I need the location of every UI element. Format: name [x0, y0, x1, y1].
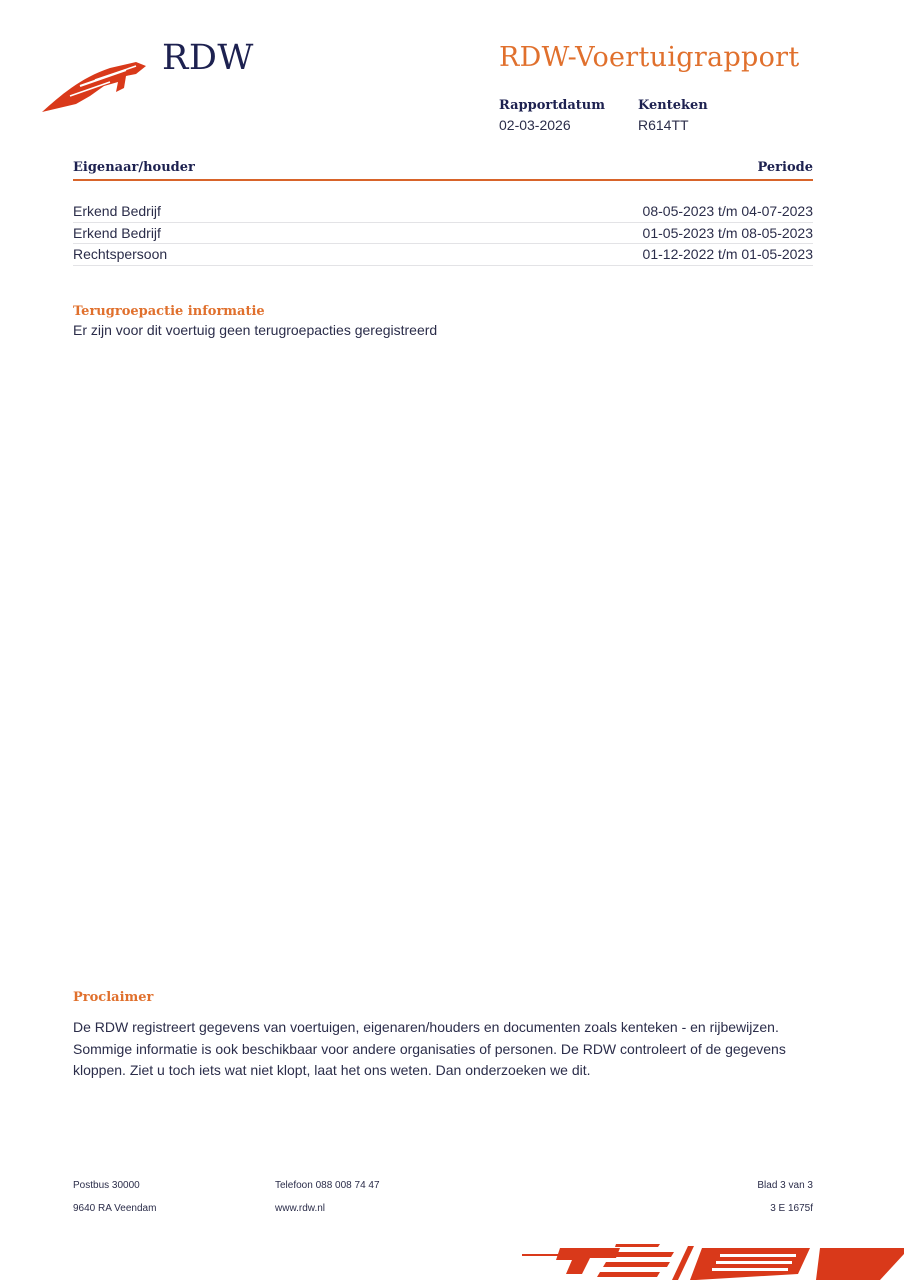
decorative-stripe-icon: [520, 1244, 904, 1280]
recall-title: Terugroepactie informatie: [73, 304, 437, 319]
footer-address-line1: Postbus 30000: [73, 1174, 156, 1197]
footer-code: 3 E 1675f: [757, 1197, 813, 1220]
owner-cell: Erkend Bedrijf: [73, 223, 161, 244]
proclaimer-line: De RDW registreert gegevens van voertuig…: [73, 1017, 813, 1039]
footer-address: Postbus 30000 9640 RA Veendam: [73, 1174, 156, 1220]
footer-contact: Telefoon 088 008 74 47 www.rdw.nl: [275, 1174, 380, 1220]
footer-website[interactable]: www.rdw.nl: [275, 1197, 380, 1220]
report-title: RDW-Voertuigrapport: [499, 42, 800, 73]
proclaimer-title: Proclaimer: [73, 990, 813, 1005]
proclaimer-line: kloppen. Ziet u toch iets wat niet klopt…: [73, 1060, 813, 1082]
recall-text: Er zijn voor dit voertuig geen terugroep…: [73, 322, 437, 338]
owners-table: Eigenaar/houder Periode Erkend Bedrijf 0…: [73, 160, 813, 266]
column-header-period: Periode: [757, 160, 813, 175]
proclaimer-line: Sommige informatie is ook beschikbaar vo…: [73, 1039, 813, 1061]
footer-page-info: Blad 3 van 3 3 E 1675f: [757, 1174, 813, 1220]
proclaimer-section: Proclaimer De RDW registreert gegevens v…: [73, 990, 813, 1082]
rdw-feather-icon: [40, 56, 150, 116]
owner-cell: Erkend Bedrijf: [73, 201, 161, 222]
owners-table-body: Erkend Bedrijf 08-05-2023 t/m 04-07-2023…: [73, 201, 813, 266]
report-date-value: 02-03-2026: [499, 117, 605, 133]
table-row: Rechtspersoon 01-12-2022 t/m 01-05-2023: [73, 244, 813, 266]
column-header-owner: Eigenaar/houder: [73, 160, 195, 175]
report-date-block: Rapportdatum 02-03-2026: [499, 98, 605, 133]
period-cell: 01-05-2023 t/m 08-05-2023: [643, 223, 813, 244]
period-cell: 08-05-2023 t/m 04-07-2023: [643, 201, 813, 222]
plate-label: Kenteken: [638, 98, 708, 113]
logo-text: RDW: [162, 38, 254, 78]
footer-page-number: Blad 3 van 3: [757, 1174, 813, 1197]
report-date-label: Rapportdatum: [499, 98, 605, 113]
owner-cell: Rechtspersoon: [73, 244, 167, 265]
owners-table-header: Eigenaar/houder Periode: [73, 160, 813, 181]
period-cell: 01-12-2022 t/m 01-05-2023: [643, 244, 813, 265]
table-row: Erkend Bedrijf 01-05-2023 t/m 08-05-2023: [73, 223, 813, 245]
footer-address-line2: 9640 RA Veendam: [73, 1197, 156, 1220]
rdw-logo: RDW: [40, 38, 260, 118]
recall-section: Terugroepactie informatie Er zijn voor d…: [73, 304, 437, 338]
plate-value: R614TT: [638, 117, 708, 133]
plate-block: Kenteken R614TT: [638, 98, 708, 133]
proclaimer-text: De RDW registreert gegevens van voertuig…: [73, 1017, 813, 1082]
footer-phone: Telefoon 088 008 74 47: [275, 1174, 380, 1197]
table-row: Erkend Bedrijf 08-05-2023 t/m 04-07-2023: [73, 201, 813, 223]
